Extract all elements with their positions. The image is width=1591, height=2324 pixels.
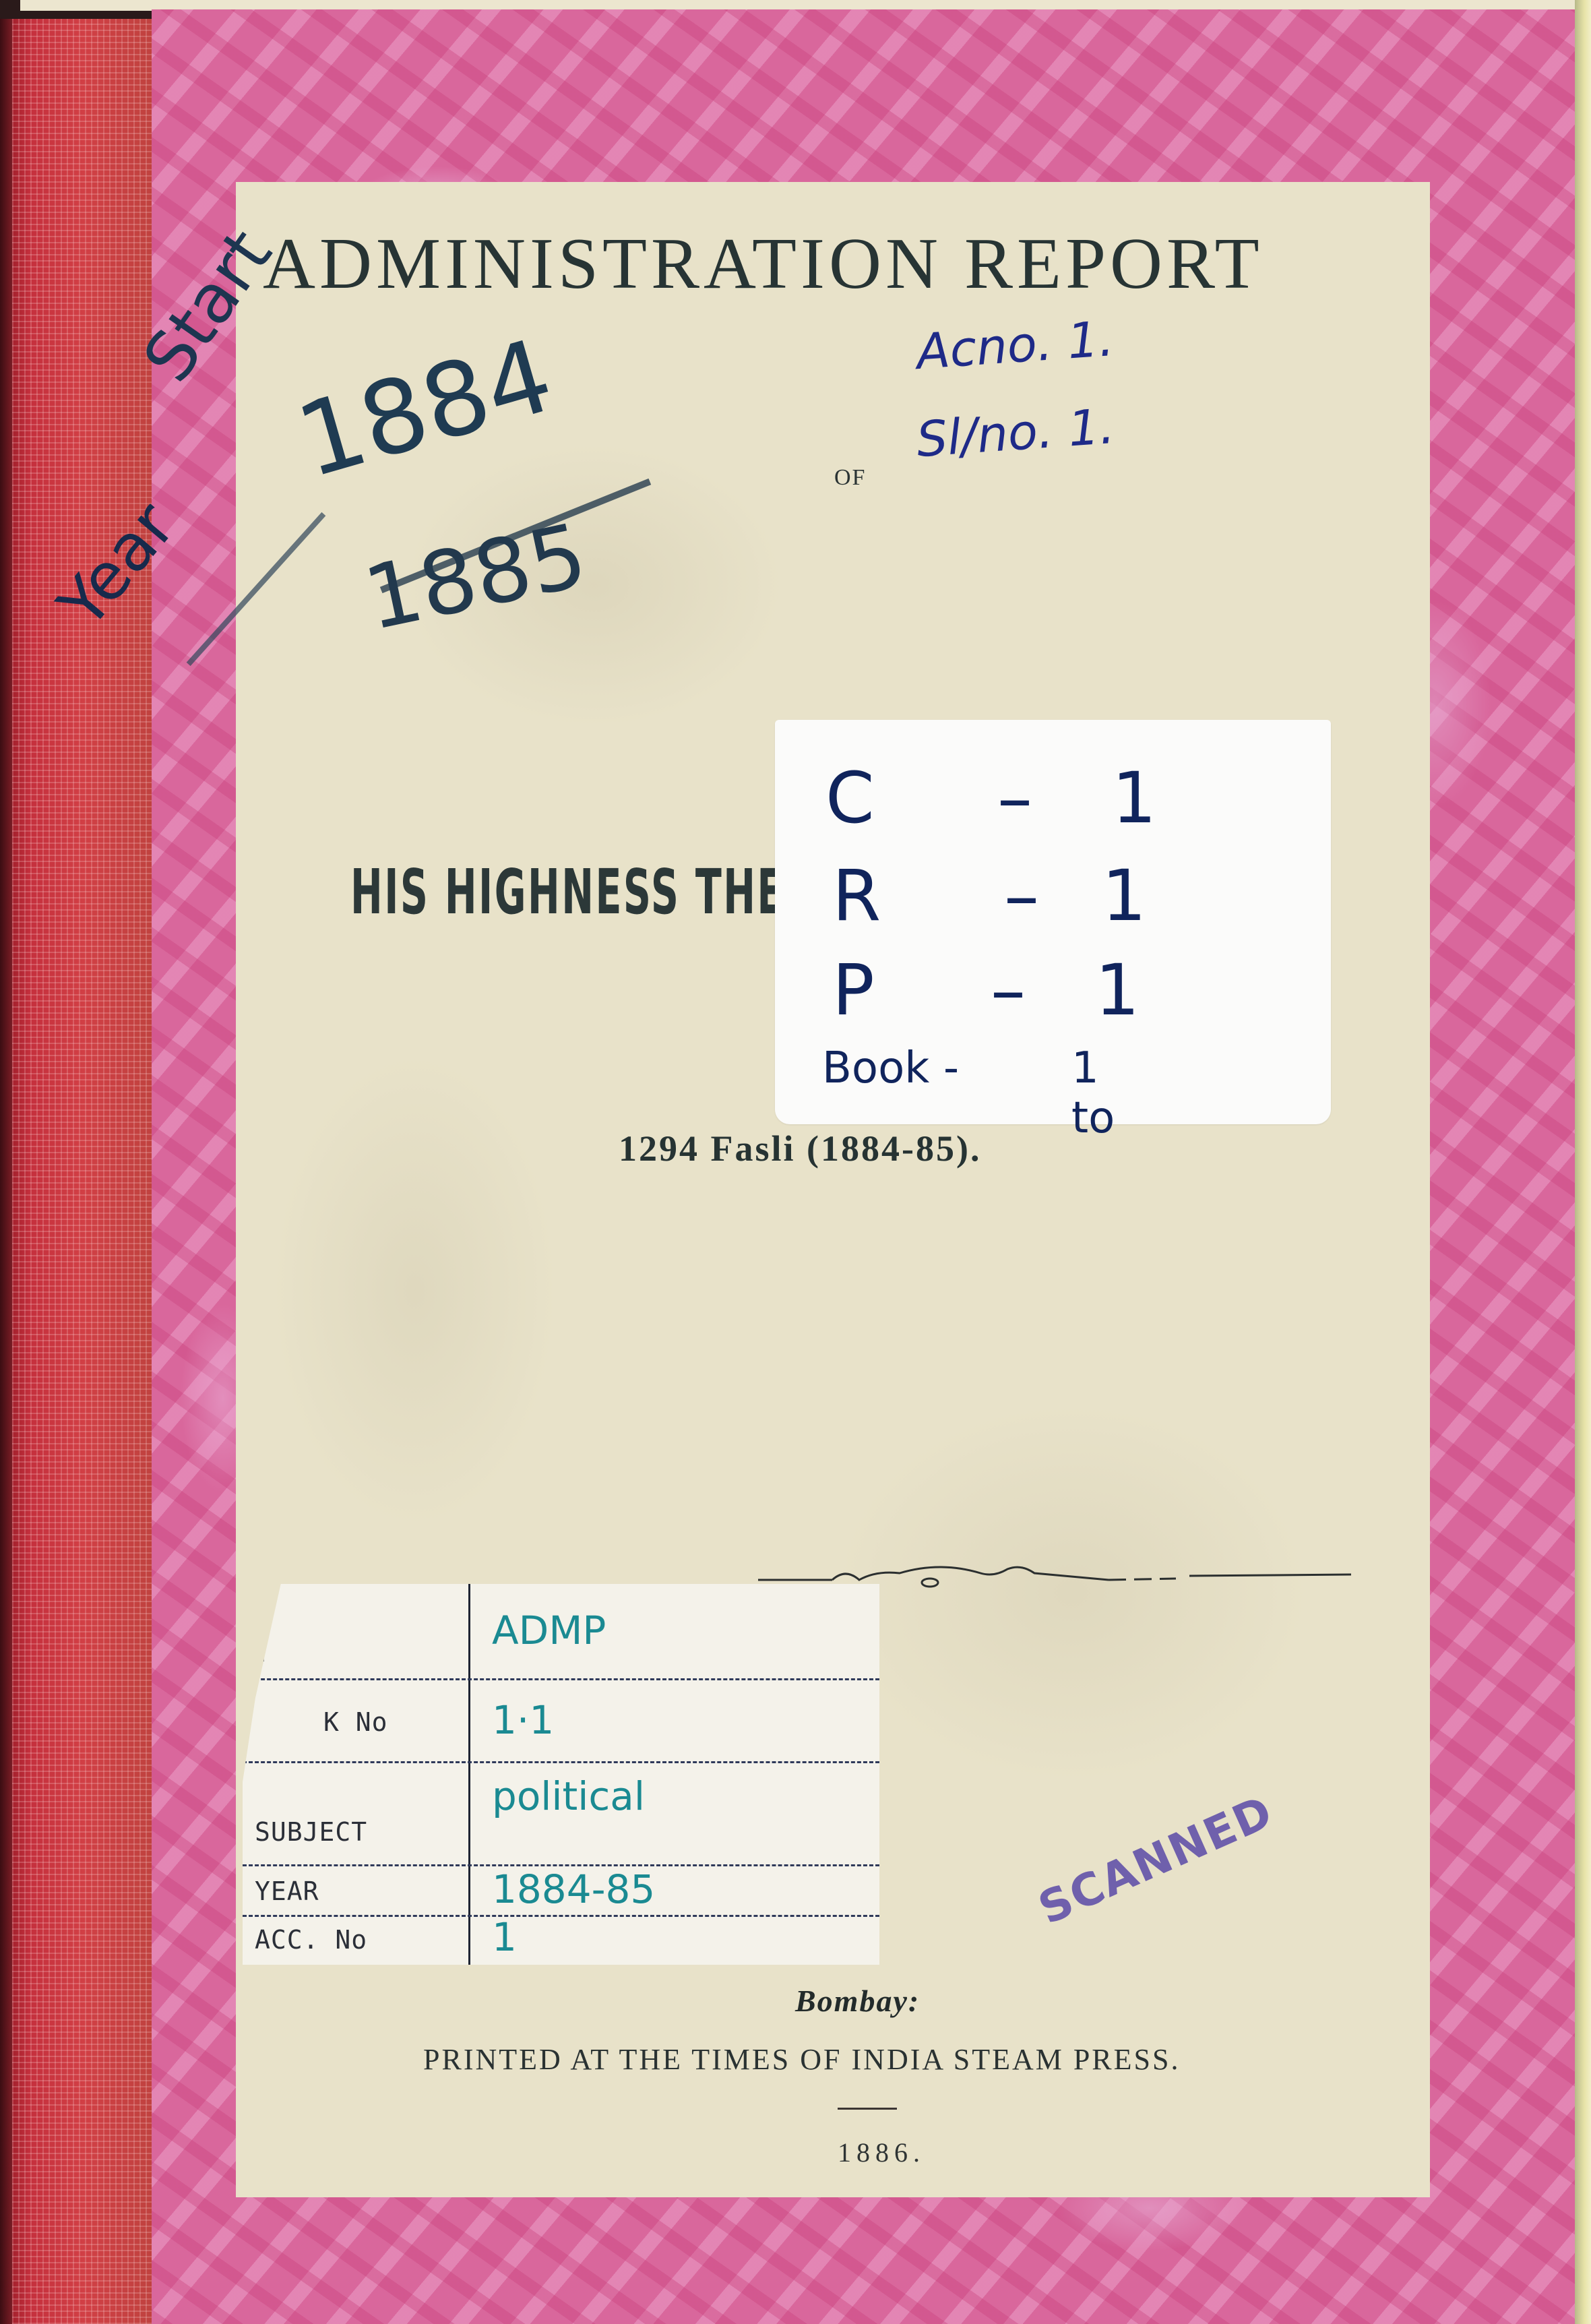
card-row: YEAR 1884-85 (243, 1866, 879, 1917)
call-number-slip: C – 1 R – 1 P – 1 Book - 1 to (775, 720, 1331, 1124)
imprint-city: Bombay: (795, 1983, 920, 2019)
cover-edge (1575, 0, 1591, 2324)
slip-key: C (825, 757, 875, 839)
card-value: ADMP (492, 1608, 606, 1653)
card-row: SUBJECT political (243, 1763, 879, 1866)
catalogue-card: . ADMP K No 1·1 SUBJECT political YEAR 1… (243, 1584, 879, 1965)
card-label: YEAR (255, 1876, 319, 1906)
card-value: 1 (492, 1914, 517, 1960)
slip-value: 1 to (1071, 1043, 1115, 1143)
card-row: K No 1·1 (243, 1680, 879, 1763)
card-label: SUBJECT (255, 1817, 367, 1847)
slip-key: Book (822, 1043, 929, 1093)
report-title: ADMINISTRATION REPORT (263, 222, 1264, 306)
card-row: . ADMP (243, 1584, 879, 1680)
card-value: political (492, 1773, 645, 1819)
card-value: 1884-85 (492, 1866, 655, 1912)
slip-key: R (832, 855, 881, 937)
imprint-rule (838, 2108, 897, 2110)
card-label: ACC. No (255, 1925, 367, 1955)
slip-separator: - (943, 1043, 959, 1093)
title-of: OF (834, 465, 866, 491)
card-label: K No (323, 1707, 388, 1737)
card-value: 1·1 (492, 1697, 554, 1743)
slip-separator: – (997, 757, 1032, 839)
imprint-printer: PRINTED AT THE TIMES OF INDIA STEAM PRES… (423, 2042, 1180, 2077)
slip-separator: – (1004, 855, 1039, 937)
slip-separator: – (991, 949, 1026, 1031)
slip-value: 1 (1102, 855, 1146, 937)
slip-value: 1 (1095, 949, 1140, 1031)
spine-shadow (0, 19, 12, 2324)
cloth-spine (0, 19, 152, 2324)
slip-value: 1 (1112, 757, 1156, 839)
card-row: ACC. No 1 (243, 1917, 879, 1963)
report-period: 1294 Fasli (1884-85). (619, 1128, 981, 1169)
slip-key: P (832, 949, 875, 1031)
imprint-year: 1886. (838, 2137, 925, 2168)
